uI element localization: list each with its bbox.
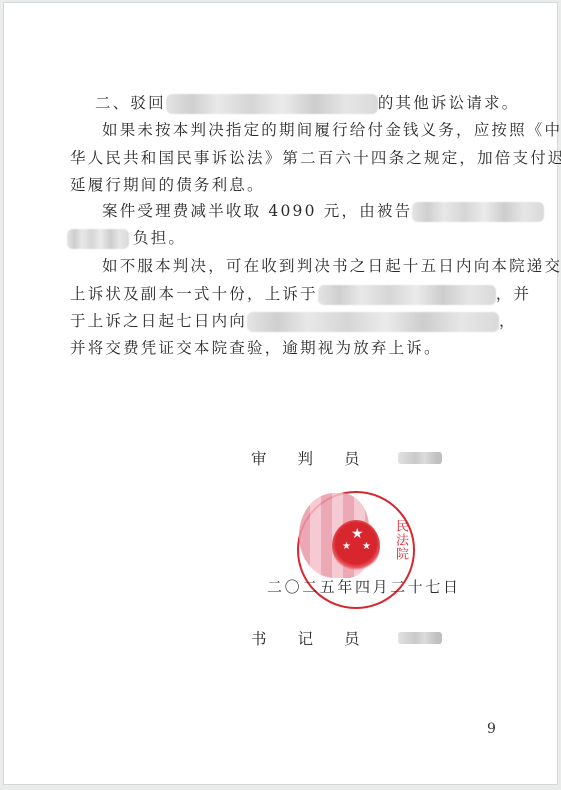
national-emblem-icon: ★ ★ ★ [332, 520, 380, 572]
seal-text: 民法院 [391, 519, 410, 561]
document-page: 二、驳回的其他诉讼请求。 如果未按本判决指定的期间履行给付金钱义务，应按照《中 … [3, 2, 558, 785]
redacted-payment-recipient [247, 312, 499, 332]
redacted-defendant-name-cont [67, 229, 129, 249]
clerk-label: 书 记 员 [251, 627, 360, 649]
redacted-defendant-name [412, 202, 544, 222]
paragraph-interest-line2: 华人民共和国民事诉讼法》第二百六十四条之规定，加倍支付迟 [70, 148, 561, 168]
dismiss-suffix: 的其他诉讼请求。 [378, 94, 520, 112]
paragraph-fee-line2: 负担。 [67, 228, 186, 249]
star-icon: ★ [342, 542, 351, 552]
star-icon: ★ [362, 542, 371, 552]
fee-text: 案件受理费减半收取 4090 元，由被告 [102, 202, 412, 220]
judgment-date: 二〇二五年四月二十七日 [267, 576, 461, 597]
paragraph-appeal-line2: 上诉状及副本一式十份，上诉于，并 [70, 284, 531, 305]
paragraph-interest-line1: 如果未按本判决指定的期间履行给付金钱义务，应按照《中 [102, 120, 561, 140]
appeal-fee-suffix: ， [499, 312, 517, 330]
paragraph-appeal-line3: 于上诉之日起七日内向， [70, 311, 517, 332]
redacted-party-name [166, 94, 378, 114]
paragraph-appeal-line4: 并将交费凭证交本院查验，逾期视为放弃上诉。 [70, 338, 442, 358]
star-icon: ★ [351, 529, 364, 539]
appeal-fee-text: 于上诉之日起七日内向 [70, 312, 247, 330]
paragraph-appeal-line1: 如不服本判决，可在收到判决书之日起十五日内向本院递交 [102, 256, 561, 276]
redacted-judge-name [398, 452, 442, 464]
fee-burden-text: 负担。 [133, 229, 186, 247]
judge-label: 审 判 员 [251, 447, 360, 469]
appeal-text-suffix: ，并 [496, 285, 531, 303]
appeal-text: 上诉状及副本一式十份，上诉于 [70, 285, 318, 303]
paragraph-interest-line3: 延履行期间的债务利息。 [70, 175, 265, 195]
redacted-clerk-name [398, 632, 442, 644]
redacted-appellate-court [318, 285, 496, 305]
page-number: 9 [487, 721, 496, 737]
paragraph-fee-line1: 案件受理费减半收取 4090 元，由被告 [102, 201, 544, 222]
paragraph-dismiss-claims: 二、驳回的其他诉讼请求。 [95, 93, 519, 114]
dismiss-prefix: 二、驳回 [95, 94, 166, 112]
